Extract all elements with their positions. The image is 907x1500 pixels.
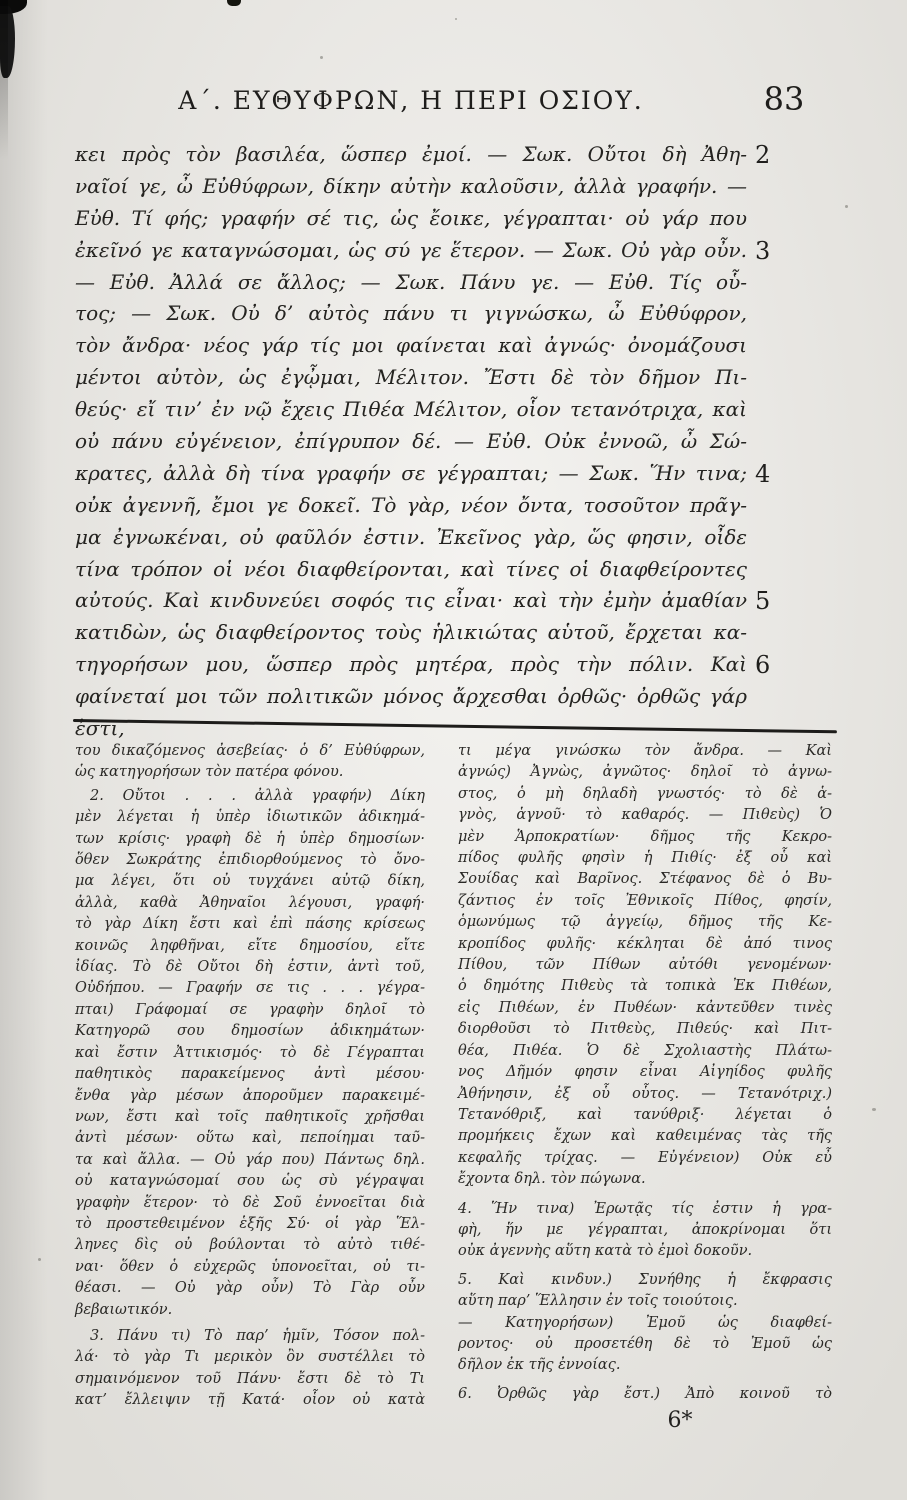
dialogue-text-line: κατιδὼν, ὡς διαφθείροντος τοὺς ἡλικιώτας… bbox=[75, 617, 747, 649]
commentary-line: πται) Γράφομαί σε γραφὴν δηλοῖ τὸ bbox=[75, 1000, 425, 1021]
commentary-line: κατ’ ἔλλειψιν τῇ Κατά· οἷον οὐ κατὰ bbox=[75, 1390, 425, 1411]
commentary-line: 6. Ὀρθῶς γὰρ ἔστ.) Ἀπὸ κοινοῦ τὸ bbox=[458, 1384, 832, 1405]
margin-section-number: 6 bbox=[755, 650, 789, 680]
commentary-line: καὶ ἔστιν Ἀττικισμός· τὸ δὲ Γέγραπται bbox=[75, 1043, 425, 1064]
dialogue-text-line: τὸν ἄνδρα· νέος γάρ τίς μοι φαίνεται καὶ… bbox=[75, 330, 747, 362]
commentary-line: 5. Καὶ κινδυν.) Συνήθης ἡ ἔκφρασις bbox=[458, 1270, 832, 1291]
commentary-line: 2. Οὔτοι . . . ἀλλὰ γραφήν) Δίκη bbox=[75, 786, 425, 807]
commentary-line: αὕτη παρ’ Ἕλλησιν ἐν τοῖς τοιούτοις. bbox=[458, 1291, 832, 1312]
dialogue-text-line: ναῖοί γε, ὦ Εὐθύφρων, δίκην αὐτὴν καλοῦσ… bbox=[75, 171, 747, 203]
scan-speck bbox=[38, 1258, 41, 1261]
commentary-line: βεβαιωτικόν. bbox=[75, 1300, 425, 1321]
commentary-line: ὅθεν Σωκράτης ἐπιδιορθούμενος τὸ ὄνο- bbox=[75, 850, 425, 871]
commentary-line: οὐκ ἀγεννὴς αὕτη κατὰ τὸ ἐμοὶ δοκοῦν. bbox=[458, 1241, 832, 1262]
commentary-column-right: τι μέγα γινώσκω τὸν ἄνδρα. — Καὶἀγνώς) Ἀ… bbox=[458, 741, 832, 1405]
commentary-line: ἀγνώς) Ἀγνὼς, ἀγνῶτος· δηλοῖ τὸ ἀγνω- bbox=[458, 762, 832, 783]
dialogue-text-line: τος; — Σωκ. Οὐ δ’ αὐτὸς πάνυ τι γιγνώσκω… bbox=[75, 298, 747, 330]
dialogue-text-line: μέντοι αὐτὸν, ὡς ἐγᾦμαι, Μέλιτον. Ἔστι δ… bbox=[75, 362, 747, 394]
commentary-line: μὲν Ἁρποκρατίων· δῆμος τῆς Κεκρο- bbox=[458, 827, 832, 848]
signature-mark: 6* bbox=[640, 1408, 720, 1433]
dialogue-text-line: τίνα τρόπον οἱ νέοι διαφθείρονται, καὶ τ… bbox=[75, 554, 747, 586]
dialogue-text-line: αὐτούς. Καὶ κινδυνεύει σοφός τις εἶναι· … bbox=[75, 585, 747, 617]
commentary-line: τὸ προστεθειμένον ἑξῆς Σύ· οἱ γὰρ Ἕλ- bbox=[75, 1214, 425, 1235]
scanned-book-page: Α´. ΕΥΘΥΦΡΩΝ, Η ΠΕΡΙ ΟΣΙΟΥ. 83 κει πρὸς … bbox=[0, 0, 907, 1500]
commentary-line: ἔνθα γὰρ μέσων ἀποροῦμεν παρακειμέ- bbox=[75, 1086, 425, 1107]
commentary-line: ληνες δὶς οὐ βούλονται τὸ αὐτὸ τιθέ- bbox=[75, 1235, 425, 1256]
commentary-line: κεφαλῆς τρίχας. — Εὐγένειον) Οὐκ εὖ bbox=[458, 1148, 832, 1169]
commentary-line: κοινῶς ληφθῆναι, εἴτε δημοσίου, εἴτε bbox=[75, 936, 425, 957]
commentary-line: Οὐδήπου. — Γραφήν σε τις . . . γέγρα- bbox=[75, 978, 425, 999]
margin-section-number: 3 bbox=[755, 236, 789, 266]
commentary-line: ὁ δημότης Πιθεὺς τὰ τοπικὰ Ἐκ Πιθέων, bbox=[458, 976, 832, 997]
dialogue-text-line: — Εὐθ. Ἀλλά σε ἄλλος; — Σωκ. Πάνυ γε. — … bbox=[75, 267, 747, 299]
commentary-line: τι μέγα γινώσκω τὸν ἄνδρα. — Καὶ bbox=[458, 741, 832, 762]
commentary-line: νος Δῆμόν φησιν εἶναι Αἰγηίδος φυλῆς bbox=[458, 1062, 832, 1083]
commentary-line: νων, ἔστι καὶ τοῖς παθητικοῖς χρῆσθαι bbox=[75, 1107, 425, 1128]
page-number: 83 bbox=[758, 80, 810, 118]
scan-speck bbox=[455, 18, 457, 20]
scan-speck bbox=[845, 205, 848, 208]
dialogue-text-line: κει πρὸς τὸν βασιλέα, ὥσπερ ἐμοί. — Σωκ.… bbox=[75, 139, 747, 171]
section-divider-rule bbox=[73, 719, 837, 733]
commentary-line: διορθοῦσι τὸ Πιτθεὺς, Πιθεύς· καὶ Πιτ- bbox=[458, 1019, 832, 1040]
commentary-line: οὐ καταγνώσομαί σου ὡς σὺ γέγραψαι bbox=[75, 1171, 425, 1192]
dialogue-text-line: τηγορήσων μου, ὥσπερ πρὸς μητέρα, πρὸς τ… bbox=[75, 649, 747, 681]
commentary-line: 3. Πάνυ τι) Τὸ παρ’ ἡμῖν, Τόσον πολ- bbox=[75, 1326, 425, 1347]
commentary-line: μὲν λέγεται ἡ ὑπὲρ ἰδιωτικῶν ἀδικημά- bbox=[75, 807, 425, 828]
commentary-line: μα λέγει, ὅτι οὐ τυγχάνει αὐτῷ δίκη, bbox=[75, 871, 425, 892]
commentary-line: του δικαζόμενος ἀσεβείας· ὁ δ’ Εὐθύφρων, bbox=[75, 741, 425, 762]
commentary-line: ζάντιος ἐν τοῖς Ἐθνικοῖς Πίθος, φησίν, bbox=[458, 891, 832, 912]
commentary-line: γνὸς, ἁγνοῦ· τὸ καθαρός. — Πιθεὺς) Ὁ bbox=[458, 805, 832, 826]
commentary-line: σημαινόμενον τοῦ Πάνυ· ἔστι δὲ τὸ Τι bbox=[75, 1369, 425, 1390]
scan-speck bbox=[320, 56, 323, 59]
commentary-line: πίδος φυλῆς φησὶν ἡ Πιθίς· ἐξ οὗ καὶ bbox=[458, 848, 832, 869]
commentary-line: Σουίδας καὶ Βαρῖνος. Στέφανος δὲ ὁ Βυ- bbox=[458, 869, 832, 890]
dialogue-text-block: κει πρὸς τὸν βασιλέα, ὥσπερ ἐμοί. — Σωκ.… bbox=[75, 139, 747, 713]
commentary-column-left: του δικαζόμενος ἀσεβείας· ὁ δ’ Εὐθύφρων,… bbox=[75, 741, 425, 1412]
commentary-line: εἰς Πιθέων, ἐν Πυθέων· κἀντεῦθεν τινὲς bbox=[458, 998, 832, 1019]
commentary-line: Ἀθήνησιν, ἐξ οὗ οὗτος. — Τετανότριχ.) bbox=[458, 1084, 832, 1105]
commentary-line: ναι· ὅθεν ὁ εὐχερῶς ὑπονοεῖται, οὐ τι- bbox=[75, 1257, 425, 1278]
dialogue-text-line: οὐκ ἀγεννῆ, ἔμοι γε δοκεῖ. Τὸ γὰρ, νέον … bbox=[75, 490, 747, 522]
commentary-line: δῆλον ἐκ τῆς ἐννοίας. bbox=[458, 1355, 832, 1376]
margin-section-number: 4 bbox=[755, 459, 789, 489]
commentary-line: θέα, Πιθέα. Ὁ δὲ Σχολιαστὴς Πλάτω- bbox=[458, 1041, 832, 1062]
commentary-line: θέασι. — Οὐ γὰρ οὖν) Τὸ Γὰρ οὖν bbox=[75, 1278, 425, 1299]
dialogue-text-line: φαίνεταί μοι τῶν πολιτικῶν μόνος ἄρχεσθα… bbox=[75, 681, 747, 713]
commentary-line: τα καὶ ἄλλα. — Οὐ γάρ που) Πάντως δηλ. bbox=[75, 1150, 425, 1171]
commentary-line: κροπίδος φυλῆς· κέκληται δὲ ἀπό τινος bbox=[458, 934, 832, 955]
commentary-line: φὴ, ἥν με γέγραπται, ἀποκρίνομαι ὅτι bbox=[458, 1220, 832, 1241]
commentary-line: ροντος· οὐ προσετέθη δὲ τὸ Ἐμοῦ ὡς bbox=[458, 1334, 832, 1355]
commentary-line: Πίθου, τῶν Πίθων αὐτόθι γενομένων· bbox=[458, 955, 832, 976]
dialogue-text-line: Εὐθ. Τί φής; γραφήν σέ τις, ὡς ἔοικε, γέ… bbox=[75, 203, 747, 235]
dialogue-text-line: οὐ πάνυ εὐγένειον, ἐπίγρυπον δέ. — Εὐθ. … bbox=[75, 426, 747, 458]
dialogue-text-line: θεύς· εἴ τιν’ ἐν νῷ ἔχεις Πιθέα Μέλιτον,… bbox=[75, 394, 747, 426]
commentary-line: τὸ γὰρ Δίκη ἔστι καὶ ἐπὶ πάσης κρίσεως bbox=[75, 914, 425, 935]
commentary-line: ἔχοντα δηλ. τὸν πώγωνα. bbox=[458, 1169, 832, 1190]
commentary-line: ἰδίας. Τὸ δὲ Οὔτοι δὴ ἐστιν, ἀντὶ τοῦ, bbox=[75, 957, 425, 978]
commentary-line: γραφὴν ἕτερον· τὸ δὲ Σοῦ ἐννοεῖται διὰ bbox=[75, 1193, 425, 1214]
running-head-title: Α´. ΕΥΘΥΦΡΩΝ, Η ΠΕΡΙ ΟΣΙΟΥ. bbox=[75, 86, 747, 115]
commentary-line: ὁμωνύμως τῷ ἀγγείῳ, δῆμος τῆς Κε- bbox=[458, 912, 832, 933]
commentary-line: παθητικὸς παρακείμενος ἀντὶ μέσου· bbox=[75, 1064, 425, 1085]
commentary-line: λά· τὸ γὰρ Τι μερικὸν ὂν συστέλλει τὸ bbox=[75, 1347, 425, 1368]
scan-artifact-edge bbox=[0, 0, 8, 160]
scan-speck bbox=[872, 1108, 876, 1111]
commentary-line: ἀλλὰ, καθὰ Ἀθηναῖοι λέγουσι, γραφή· bbox=[75, 893, 425, 914]
commentary-line: στος, ὁ μὴ δηλαδὴ γνωστός· τὸ δὲ ἁ- bbox=[458, 784, 832, 805]
commentary-line: Κατηγορῶ σου δημοσίων ἀδικημάτων· bbox=[75, 1021, 425, 1042]
commentary-line: προμήκεις ἔχων καὶ καθειμένας τὰς τῆς bbox=[458, 1126, 832, 1147]
commentary-line: ὡς κατηγορήσων τὸν πατέρα φόνου. bbox=[75, 762, 425, 783]
margin-section-number: 2 bbox=[755, 140, 789, 170]
commentary-line: — Κατηγορήσων) Ἐμοῦ ὡς διαφθεί- bbox=[458, 1313, 832, 1334]
commentary-line: των κρίσις· γραφὴ δὲ ἡ ὑπὲρ δημοσίων· bbox=[75, 829, 425, 850]
scan-artifact-mark bbox=[227, 0, 241, 6]
dialogue-text-line: κρατες, ἀλλὰ δὴ τίνα γραφήν σε γέγραπται… bbox=[75, 458, 747, 490]
commentary-line: ἀντὶ μέσων· οὕτω καὶ, πεποίημαι ταῦ- bbox=[75, 1128, 425, 1149]
dialogue-text-line: ἐκεῖνό γε καταγνώσομαι, ὡς σύ γε ἕτερον.… bbox=[75, 235, 747, 267]
margin-section-number: 5 bbox=[755, 586, 789, 616]
dialogue-text-line: μα ἐγνωκέναι, οὐ φαῦλόν ἐστιν. Ἐκεῖνος γ… bbox=[75, 522, 747, 554]
commentary-line: 4. Ἥν τινα) Ἐρωτᾷς τίς ἐστιν ἡ γρα- bbox=[458, 1199, 832, 1220]
commentary-line: Τετανόθριξ, καὶ τανύθριξ· λέγεται ὁ bbox=[458, 1105, 832, 1126]
